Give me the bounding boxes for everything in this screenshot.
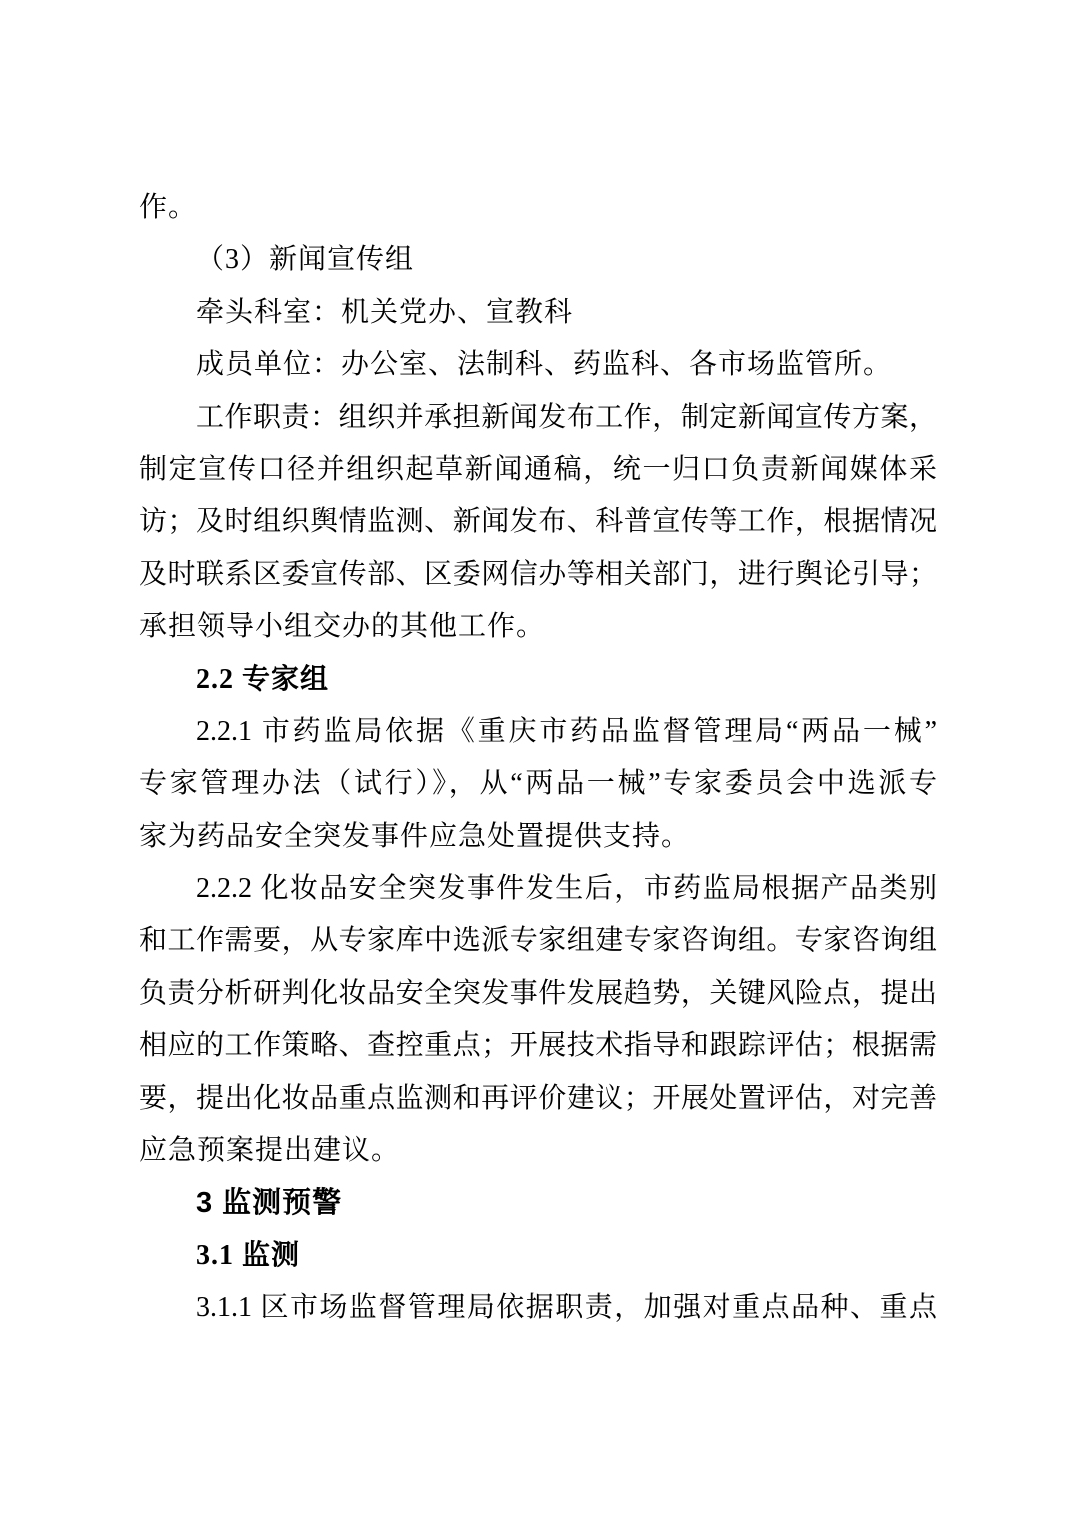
text-line: （3）新闻宣传组 xyxy=(139,234,937,286)
text-line: 访；及时组织舆情监测、新闻发布、科普宣传等工作，根据情况 xyxy=(139,496,937,548)
text-line: 及时联系区委宣传部、区委网信办等相关部门，进行舆论引导； xyxy=(139,549,937,601)
text-line: 要，提出化妆品重点监测和再评价建议；开展处置评估，对完善 xyxy=(139,1073,937,1125)
text-line: 相应的工作策略、查控重点；开展技术指导和跟踪评估；根据需 xyxy=(139,1020,937,1072)
text-line: 3.1.1 区市场监督管理局依据职责，加强对重点品种、重点 xyxy=(139,1282,937,1334)
text-line: 2.2.1 市药监局依据《重庆市药品监督管理局“两品一械” xyxy=(139,706,937,758)
text-line: 家为药品安全突发事件应急处置提供支持。 xyxy=(139,811,937,863)
section-heading-level2: 2.2 专家组 xyxy=(139,654,937,706)
text-line: 应急预案提出建议。 xyxy=(139,1125,937,1177)
text-line: 专家管理办法（试行）》，从“两品一械”专家委员会中选派专 xyxy=(139,758,937,810)
text-line: 和工作需要，从专家库中选派专家组建专家咨询组。专家咨询组 xyxy=(139,915,937,967)
text-line: 牵头科室：机关党办、宣教科 xyxy=(139,287,937,339)
section-heading-level2: 3.1 监测 xyxy=(139,1230,937,1282)
text-line: 承担领导小组交办的其他工作。 xyxy=(139,601,937,653)
text-line: 负责分析研判化妆品安全突发事件发展趋势，关键风险点，提出 xyxy=(139,968,937,1020)
text-line: 制定宣传口径并组织起草新闻通稿，统一归口负责新闻媒体采 xyxy=(139,444,937,496)
document-page: 作。（3）新闻宣传组牵头科室：机关党办、宣教科成员单位：办公室、法制科、药监科、… xyxy=(0,0,1074,1520)
text-line: 2.2.2 化妆品安全突发事件发生后，市药监局根据产品类别 xyxy=(139,863,937,915)
section-heading-level1: 3 监测预警 xyxy=(139,1177,937,1229)
text-line: 作。 xyxy=(139,182,937,234)
document-content: 作。（3）新闻宣传组牵头科室：机关党办、宣教科成员单位：办公室、法制科、药监科、… xyxy=(139,182,937,1335)
text-line: 工作职责：组织并承担新闻发布工作，制定新闻宣传方案， xyxy=(139,392,937,444)
text-line: 成员单位：办公室、法制科、药监科、各市场监管所。 xyxy=(139,339,937,391)
